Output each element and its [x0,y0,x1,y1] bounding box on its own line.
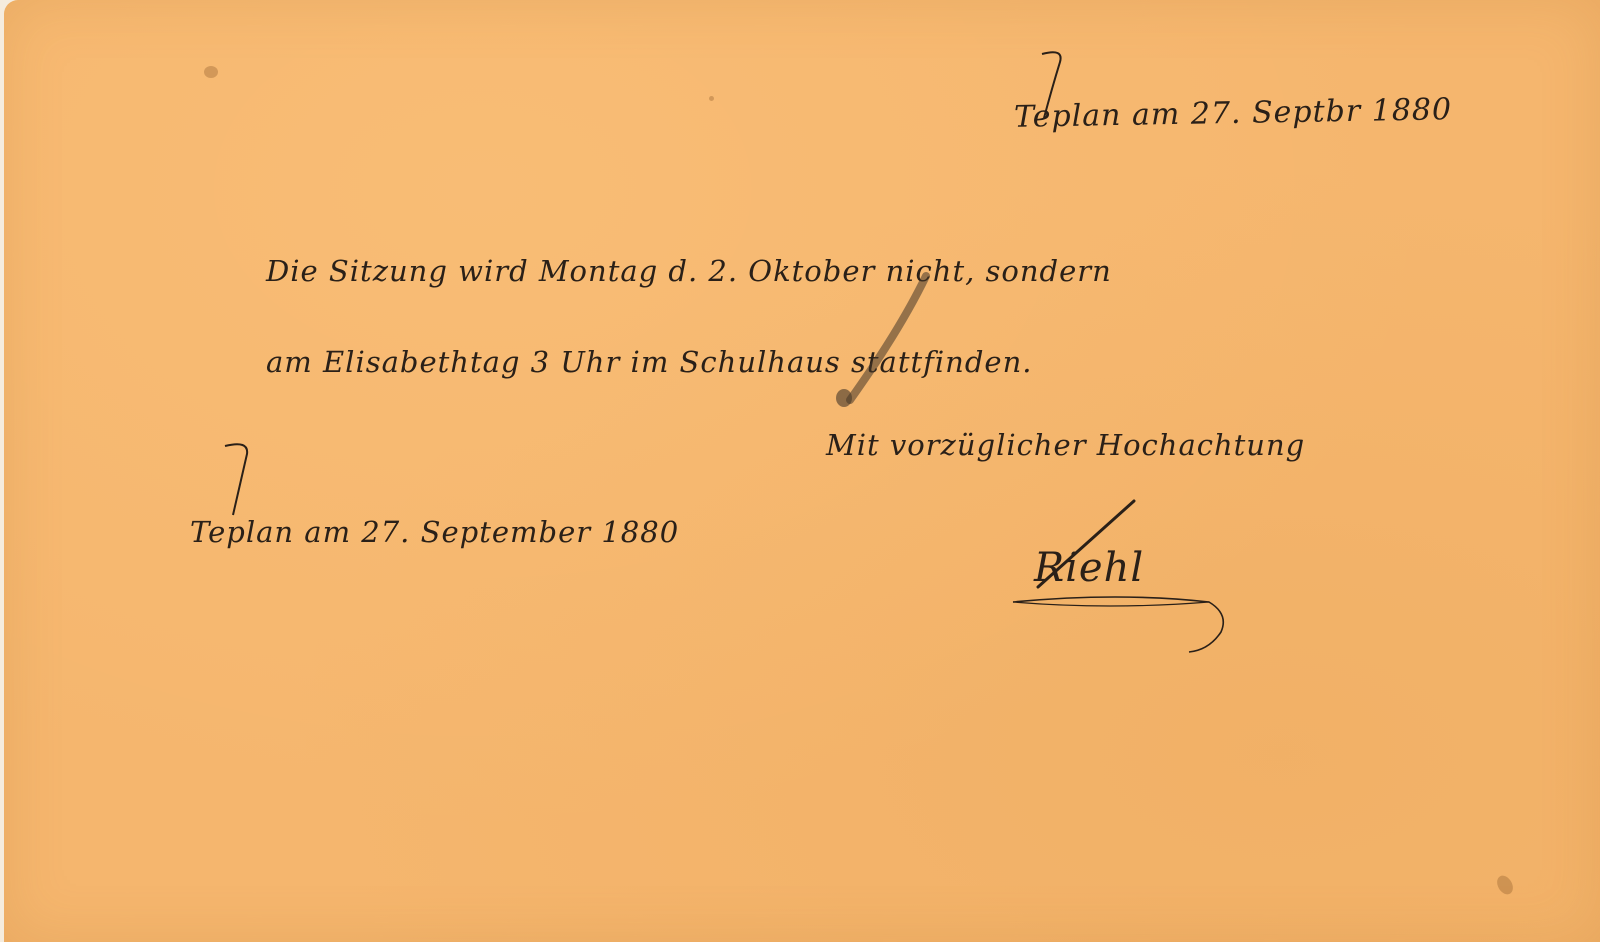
signature: Riehl [1034,545,1144,591]
paper-stain [1494,873,1516,897]
dateline-top: Teplan am 27. Septbr 1880 [1014,92,1453,135]
signature-flourish-icon [1009,592,1229,654]
paper-stain [204,66,218,78]
paper-stain [709,96,714,101]
closing-line: Mit vorzüglicher Hochachtung [826,428,1305,462]
ink-smudge-icon [830,270,940,410]
postcard: Teplan am 27. Septbr 1880 Die Sitzung wi… [4,0,1600,942]
body-line-1: Die Sitzung wird Montag d. 2. Oktober ni… [266,254,1112,288]
dateline-bottom: Teplan am 27. September 1880 [190,515,679,549]
